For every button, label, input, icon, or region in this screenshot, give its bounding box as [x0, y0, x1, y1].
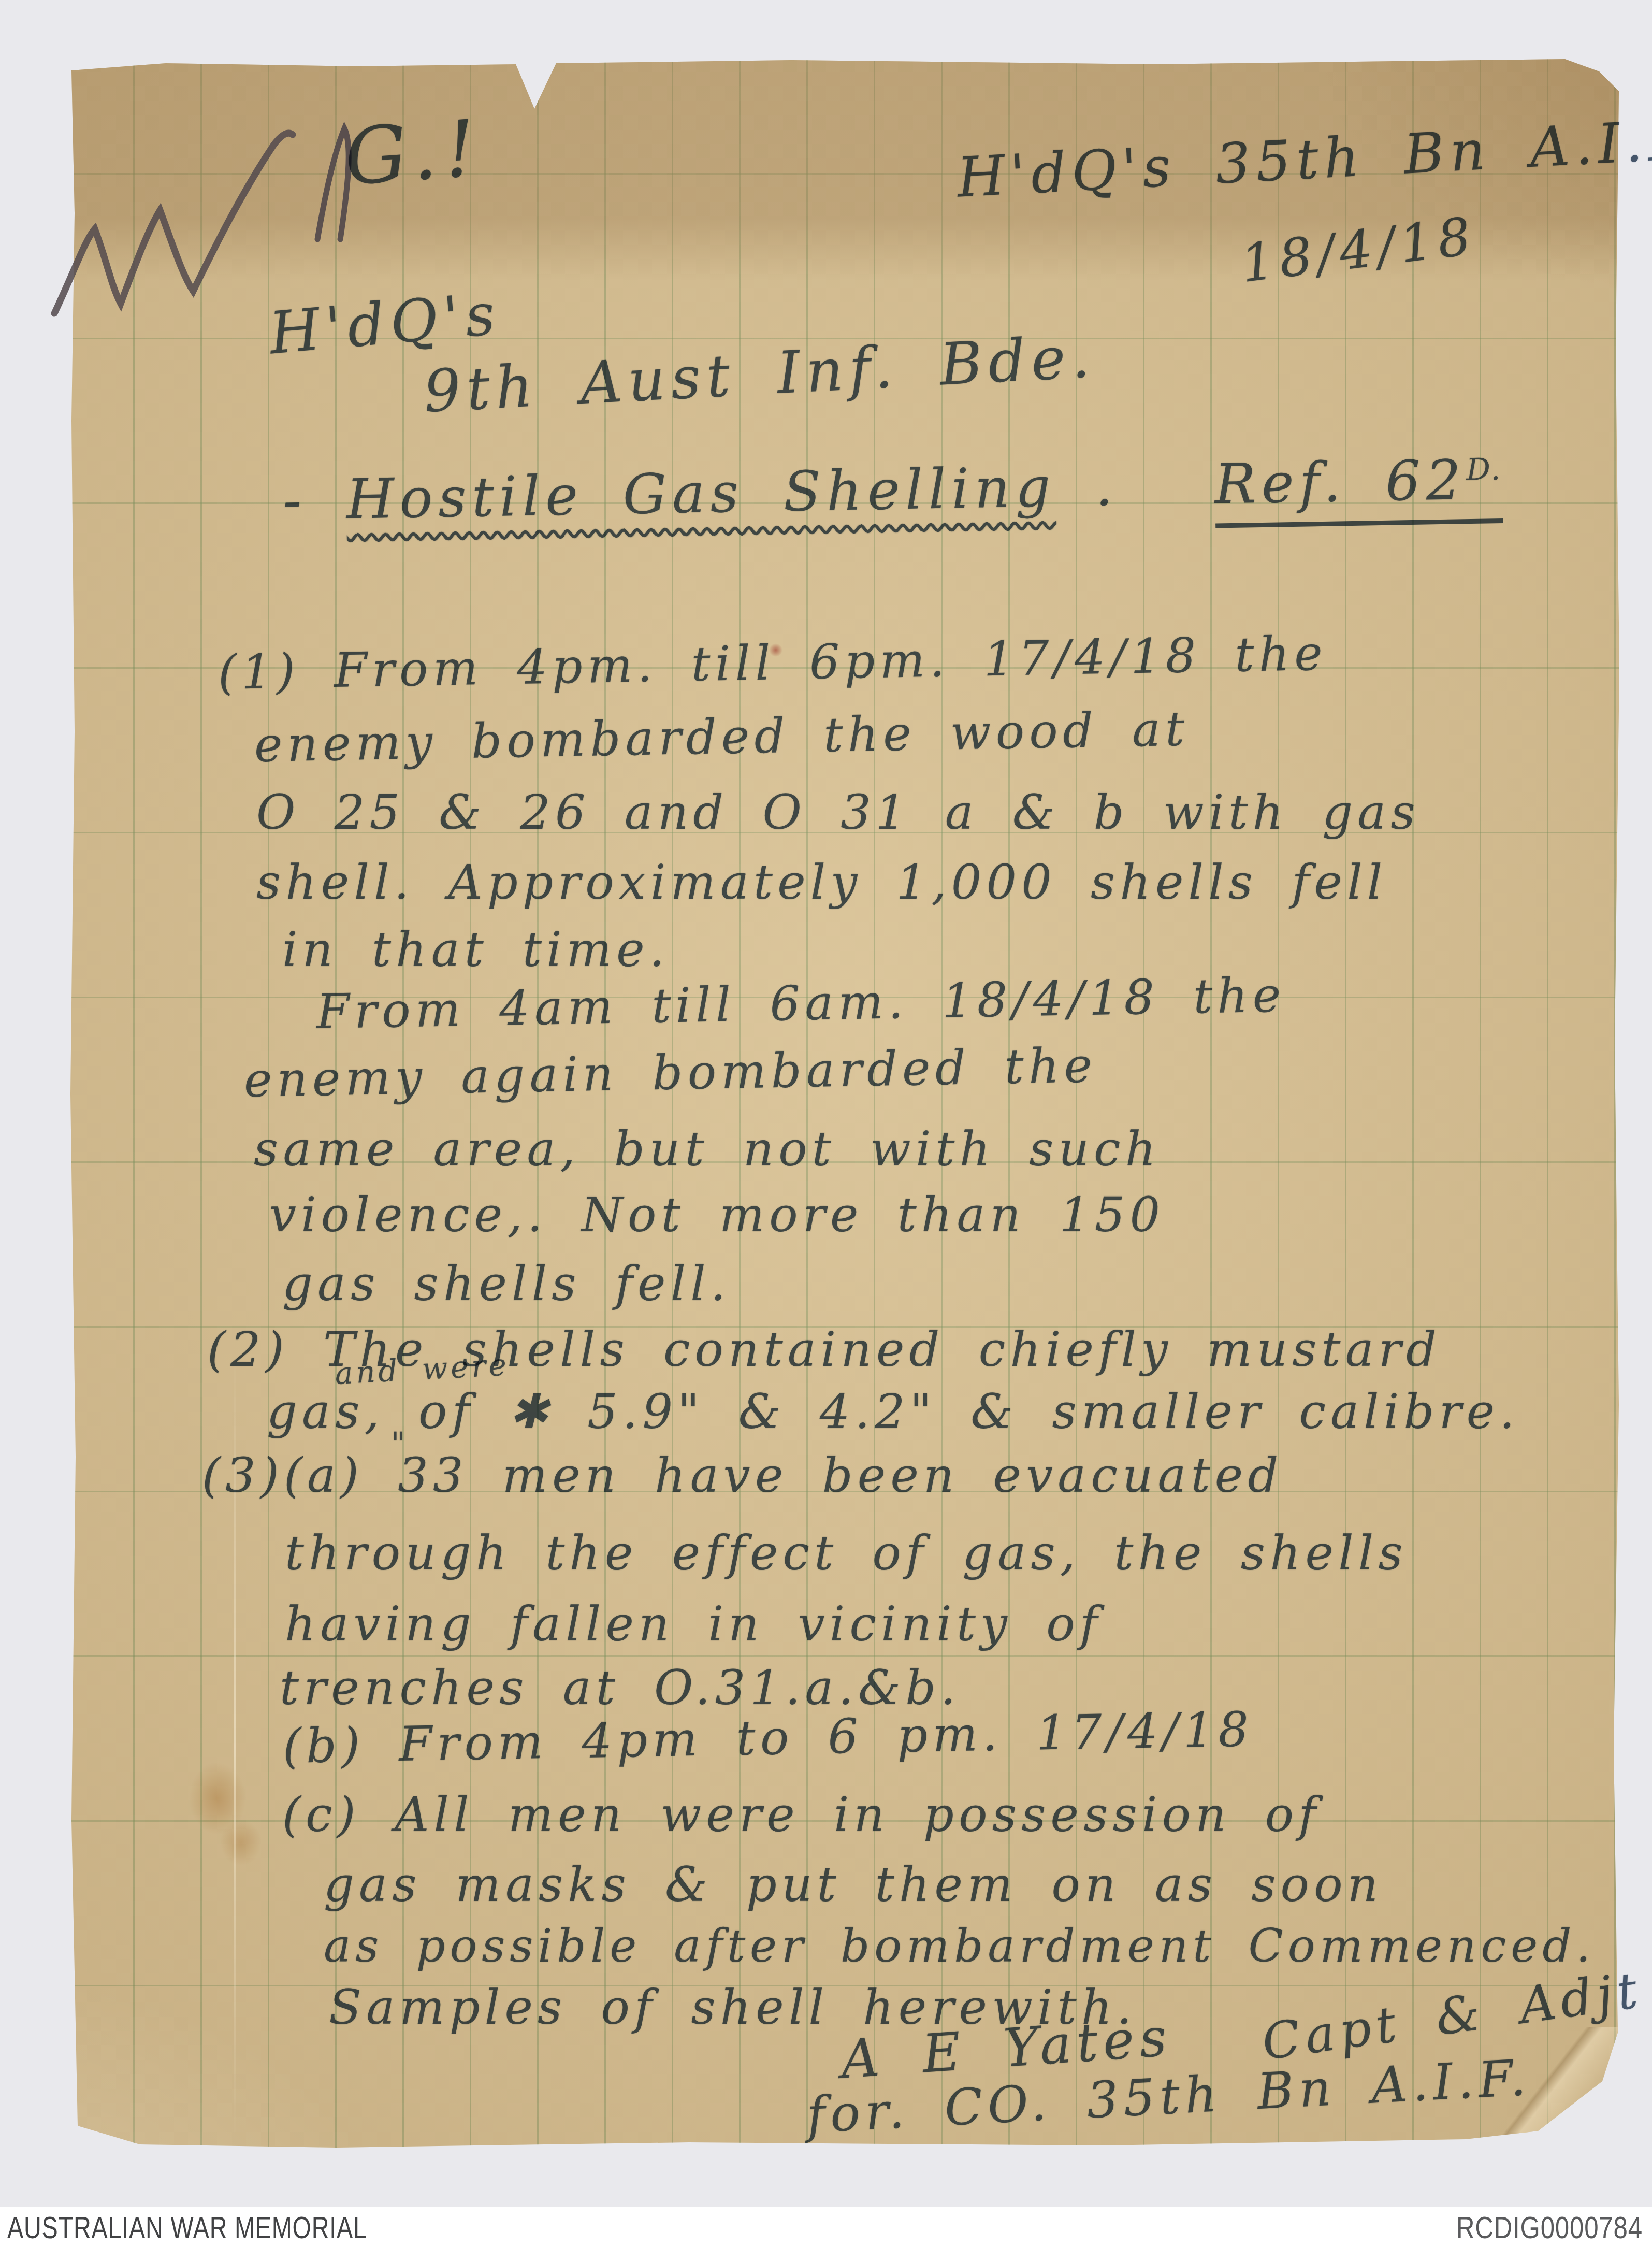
file-mark: G.!: [342, 103, 486, 203]
paper-stain: [220, 1819, 262, 1866]
subject-separator: .: [1095, 454, 1119, 518]
handwritten-line: violence,. Not more than 150: [269, 1187, 1165, 1243]
scanned-document-page: G.! H'dQ's 35th Bn A.I.F. 18/4/18 H'dQ's…: [0, 0, 1652, 2247]
paper-stain: [189, 1762, 246, 1835]
handwritten-line: trenches at O.31.a.&b.: [280, 1660, 961, 1716]
handwritten-line: O 25 & 26 and O 31 a & b with gas: [256, 785, 1420, 840]
subject-title: Hostile Gas Shelling: [346, 455, 1056, 531]
archive-footer-bar: AUSTRALIAN WAR MEMORIAL RCDIG0000784: [0, 2207, 1652, 2247]
handwritten-line: in that time.: [282, 922, 669, 977]
handwritten-line: having fallen in vicinity of: [285, 1596, 1102, 1652]
handwritten-line: same area, but not with such: [254, 1121, 1161, 1177]
subject-dash: -: [282, 468, 308, 532]
handwritten-line: gas, of ✱ 5.9" & 4.2" & smaller calibre.: [267, 1384, 1519, 1439]
handwritten-line: through the effect of gas, the shells: [285, 1525, 1408, 1581]
record-id-label: RCDIG0000784: [1456, 2210, 1643, 2245]
subject-reference-sup: D.: [1466, 452, 1502, 487]
handwritten-line: (3)(a) 33 men have been evacuated: [202, 1448, 1283, 1503]
handwritten-line: gas shells fell.: [282, 1256, 730, 1312]
subject-reference: Ref. 62D.: [1214, 448, 1503, 528]
handwritten-line: gas masks & put them on as soon: [324, 1857, 1383, 1912]
handwritten-line: (c) All men were in possession of: [282, 1787, 1321, 1842]
handwritten-line: shell. Approximately 1,000 shells fell: [256, 855, 1387, 910]
handwritten-line: as possible after bombardment Commenced.: [324, 1919, 1595, 1972]
institution-label: AUSTRALIAN WAR MEMORIAL: [7, 2210, 367, 2245]
pencil-mark: [44, 104, 375, 326]
